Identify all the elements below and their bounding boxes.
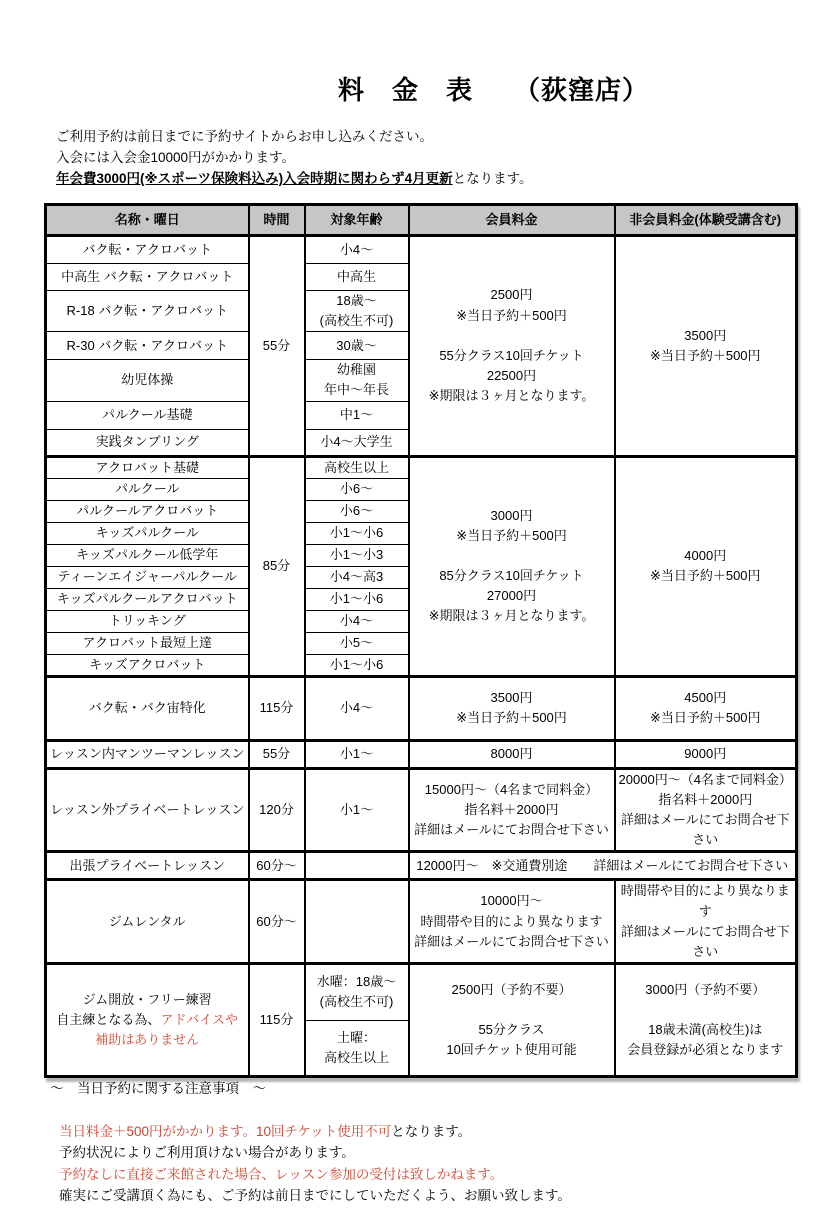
member-price-cell: 3500円 ※当日予約＋500円 — [409, 676, 615, 740]
course-name-cell: キッズアクロバット — [46, 654, 249, 676]
age-cell: 小5〜 — [305, 632, 409, 654]
course-name-cell: 出張プライベートレッスン — [46, 852, 249, 880]
notes-line-3: 予約なしに直接ご来館された場合、レッスン参加の受付は致しかねます。 — [59, 1167, 503, 1182]
course-name-cell: 実践タンブリング — [46, 429, 249, 456]
age-cell: 小4〜 — [305, 236, 409, 264]
nonmember-price-cell: 9000円 — [615, 740, 797, 768]
age-cell: 小4〜 — [305, 676, 409, 740]
age-cell: 中高生 — [305, 264, 409, 291]
table-row: レッスン外プライベートレッスン 120分 小1〜 15000円〜（4名まで同料金… — [46, 768, 797, 852]
age-cell: 小1〜小6 — [305, 588, 409, 610]
intro-line-1: ご利用予約は前日までに予約サイトからお申し込みください。 — [56, 129, 433, 144]
nonmember-price-cell: 3500円 ※当日予約＋500円 — [615, 236, 797, 457]
table-row: 出張プライベートレッスン 60分〜 12000円〜 ※交通費別途 詳細はメールに… — [46, 852, 797, 880]
course-name-cell: キッズパルクールアクロバット — [46, 588, 249, 610]
nonmember-price-cell: 時間帯や目的により異なります 詳細はメールにてお問合せ下さい — [615, 880, 797, 964]
table-row: バク転・アクロバット 55分 小4〜 2500円 ※当日予約＋500円 55分ク… — [46, 236, 797, 264]
age-cell: 18歳〜 (高校生不可) — [305, 291, 409, 332]
course-name-cell: 中高生 バク転・アクロバット — [46, 264, 249, 291]
header-name-day: 名称・曜日 — [46, 205, 249, 236]
age-cell: 小6〜 — [305, 500, 409, 522]
member-price-cell: 3000円 ※当日予約＋500円 85分クラス10回チケット 27000円 ※期… — [409, 456, 615, 676]
combined-price-cell: 12000円〜 ※交通費別途 詳細はメールにてお問合せ下さい — [409, 852, 797, 880]
page-title: 料 金 表 （荻窪店） — [0, 70, 837, 107]
age-cell: 幼稚園 年中〜年長 — [305, 360, 409, 401]
age-cell: 中1〜 — [305, 401, 409, 429]
member-price-cell: 15000円〜（4名まで同料金） 指名料＋2000円 詳細はメールにてお問合せ下… — [409, 768, 615, 852]
course-name-cell: パルクール基礎 — [46, 401, 249, 429]
course-name-cell: パルクール — [46, 478, 249, 500]
intro-line-2: 入会には入会金10000円がかかります。 — [56, 150, 295, 165]
table-row: アクロバット基礎 85分 高校生以上 3000円 ※当日予約＋500円 85分ク… — [46, 456, 797, 478]
nonmember-price-cell: 20000円〜（4名まで同料金） 指名料＋2000円 詳細はメールにてお問合せ下… — [615, 768, 797, 852]
nonmember-price-cell: 4000円 ※当日予約＋500円 — [615, 456, 797, 676]
age-cell: 小1〜小6 — [305, 654, 409, 676]
course-name-cell: R-18 バク転・アクロバット — [46, 291, 249, 332]
course-name-cell: レッスン外プライベートレッスン — [46, 768, 249, 852]
table-row: ジム開放・フリー練習 自主練となる為、アドバイスや 補助はありません 115分 … — [46, 963, 797, 1020]
same-day-reservation-notes: 〜 当日予約に関する注意事項 〜 当日料金＋500円がかかります。10回チケット… — [50, 1056, 571, 1228]
header-member-price: 会員料金 — [409, 205, 615, 236]
time-cell: 55分 — [249, 236, 305, 457]
price-table: 名称・曜日 時間 対象年齢 会員料金 非会員料金(体験受講含む) バク転・アクロ… — [44, 203, 798, 1078]
time-cell: 120分 — [249, 768, 305, 852]
notes-line-4: 確実にご受講頂く為にも、ご予約は前日までにしていただくよう、お願い致します。 — [59, 1188, 571, 1203]
member-price-cell: 8000円 — [409, 740, 615, 768]
time-cell: 55分 — [249, 740, 305, 768]
time-cell: 60分〜 — [249, 852, 305, 880]
age-cell: 30歳〜 — [305, 332, 409, 360]
time-cell: 85分 — [249, 456, 305, 676]
header-nonmember-price: 非会員料金(体験受講含む) — [615, 205, 797, 236]
age-cell: 小6〜 — [305, 478, 409, 500]
table-row: ジムレンタル 60分〜 10000円〜 時間帯や目的により異なります 詳細はメー… — [46, 880, 797, 964]
course-name-cell: キッズパルクール — [46, 522, 249, 544]
time-cell: 115分 — [249, 676, 305, 740]
member-price-cell: 2500円 ※当日予約＋500円 55分クラス10回チケット 22500円 ※期… — [409, 236, 615, 457]
course-name-cell: アクロバット基礎 — [46, 456, 249, 478]
nonmember-price-cell: 3000円（予約不要） 18歳未満(高校生)は 会員登録が必須となります — [615, 963, 797, 1076]
age-cell — [305, 880, 409, 964]
course-name-cell: ティーンエイジャーパルクール — [46, 566, 249, 588]
nonmember-price-cell: 4500円 ※当日予約＋500円 — [615, 676, 797, 740]
age-cell: 小4〜高3 — [305, 566, 409, 588]
age-cell: 高校生以上 — [305, 456, 409, 478]
age-cell: 小4〜大学生 — [305, 429, 409, 456]
course-name-cell: レッスン内マンツーマンレッスン — [46, 740, 249, 768]
course-name-cell: トリッキング — [46, 610, 249, 632]
age-cell: 小4〜 — [305, 610, 409, 632]
course-name-cell: 幼児体操 — [46, 360, 249, 401]
notes-line-1-black: となります。 — [391, 1124, 471, 1139]
age-cell: 小1〜 — [305, 768, 409, 852]
table-row: レッスン内マンツーマンレッスン 55分 小1〜 8000円 9000円 — [46, 740, 797, 768]
course-name-cell: バク転・バク宙特化 — [46, 676, 249, 740]
intro-line-3-rest: となります。 — [453, 171, 533, 186]
header-age: 対象年齢 — [305, 205, 409, 236]
member-price-cell: 10000円〜 時間帯や目的により異なります 詳細はメールにてお問合せ下さい — [409, 880, 615, 964]
course-name-cell: バク転・アクロバット — [46, 236, 249, 264]
course-name-cell: キッズパルクール低学年 — [46, 544, 249, 566]
age-cell: 小1〜小3 — [305, 544, 409, 566]
age-cell-wednesday: 水曜：18歳〜 (高校生不可) — [305, 963, 409, 1020]
intro-line-3-emphasis: 年会費3000円(※スポーツ保険料込み)入会時期に関わらず4月更新 — [56, 171, 453, 186]
notes-line-1-red: 当日料金＋500円がかかります。10回チケット使用不可 — [59, 1124, 391, 1139]
table-header-row: 名称・曜日 時間 対象年齢 会員料金 非会員料金(体験受講含む) — [46, 205, 797, 236]
time-cell: 60分〜 — [249, 880, 305, 964]
course-name-cell: R-30 バク転・アクロバット — [46, 332, 249, 360]
notes-line-2: 予約状況によりご利用頂けない場合があります。 — [59, 1145, 355, 1160]
header-time: 時間 — [249, 205, 305, 236]
age-cell: 小1〜 — [305, 740, 409, 768]
intro-text: ご利用予約は前日までに予約サイトからお申し込みください。 入会には入会金1000… — [56, 126, 533, 189]
course-name-cell: パルクールアクロバット — [46, 500, 249, 522]
notes-heading: 〜 当日予約に関する注意事項 〜 — [50, 1078, 571, 1100]
course-name-cell: アクロバット最短上達 — [46, 632, 249, 654]
course-name-cell: ジムレンタル — [46, 880, 249, 964]
notes-lines: 当日料金＋500円がかかります。10回チケット使用不可となります。 予約状況によ… — [59, 1121, 571, 1207]
table-row: バク転・バク宙特化 115分 小4〜 3500円 ※当日予約＋500円 4500… — [46, 676, 797, 740]
age-cell — [305, 852, 409, 880]
age-cell: 小1〜小6 — [305, 522, 409, 544]
